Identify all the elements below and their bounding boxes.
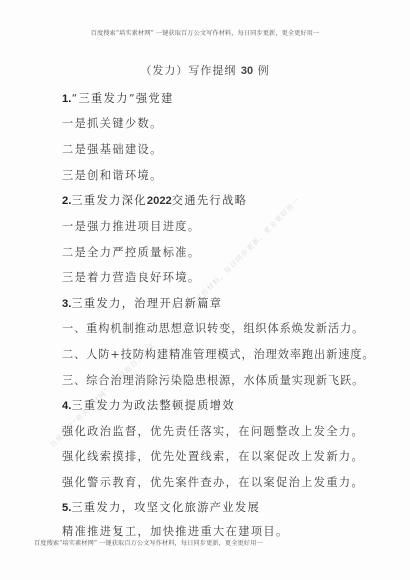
list-item: 三是创和谐环境。	[62, 167, 163, 183]
section-heading-2: 2.三重发力深化2022交通先行战略	[62, 192, 247, 208]
section-heading-text: “三重发力”强党建	[71, 92, 173, 105]
title-prefix: （发力）写作提纲	[140, 64, 236, 77]
title-suffix: 例	[258, 64, 270, 77]
list-item: 三、综合治理消除污染隐患根源，水体质量实现新飞跃。	[62, 372, 364, 388]
section-heading-text: 三重发力，攻坚文化旅游产业发展	[71, 501, 260, 514]
section-index: 4.	[62, 400, 71, 412]
document-title: （发力）写作提纲 30 例	[0, 62, 410, 78]
list-item: 一、重构机制推动思想意识转变，组织体系焕发新活力。	[62, 320, 364, 336]
section-heading-4: 4.三重发力为政法整顿提质增效	[62, 397, 235, 413]
section-heading-text: 三重发力，治理开启新篇章	[71, 297, 222, 310]
list-item: 三是着力营造良好环境。	[62, 269, 200, 285]
section-heading-text: 三重发力为政法整顿提质增效	[71, 399, 235, 412]
section-heading-text: 交通先行战略	[172, 194, 248, 207]
list-item: 强化线索摸排，优先处置线索，在以案促改上发新力。	[62, 448, 364, 464]
section-index: 3.	[62, 298, 71, 310]
list-item: 强化政治监督，优先责任落实，在问题整改上发全力。	[62, 423, 364, 439]
section-index: 1.	[62, 93, 71, 105]
section-heading-text: 三重发力深化	[71, 194, 147, 207]
list-item: 一是抓关键少数。	[62, 115, 163, 131]
document-page: 百度搜索“培实素材网” 一键获取百万公文写作材料，每日同步更新，更全更好用一 （…	[0, 0, 410, 580]
list-item: 强化警示教育，优先案件查办，在以案促治上发重力。	[62, 474, 364, 490]
section-heading-year: 2022	[147, 195, 172, 207]
list-item: 二、人防+技防构建精准管理模式，治理效率跑出新速度。	[62, 346, 374, 362]
section-heading-3: 3.三重发力，治理开启新篇章	[62, 295, 222, 311]
section-index: 5.	[62, 502, 71, 514]
list-item: 二是强基础建设。	[62, 141, 163, 157]
list-item: 精准推进复工，加快推进重大在建项目。	[62, 523, 289, 539]
watermark-text: 文写作材料，每日同步更新，更全更好用一	[188, 195, 303, 310]
title-count: 30	[241, 65, 253, 77]
list-item: 二是全力严控质量标准。	[62, 244, 200, 260]
footer-promo-note: 百度搜索“培实素材网” 一键获取百万公文写作材料，每日同步更新，更全更好用一	[34, 538, 304, 547]
header-promo-note: 百度搜索“培实素材网” 一键获取百万公文写作材料，每日同步更新，更全更好用一	[0, 28, 410, 37]
list-item: 一是强力推进项目进度。	[62, 218, 200, 234]
section-heading-1: 1.“三重发力”强党建	[62, 90, 174, 106]
section-heading-5: 5.三重发力，攻坚文化旅游产业发展	[62, 499, 260, 515]
section-index: 2.	[62, 195, 71, 207]
